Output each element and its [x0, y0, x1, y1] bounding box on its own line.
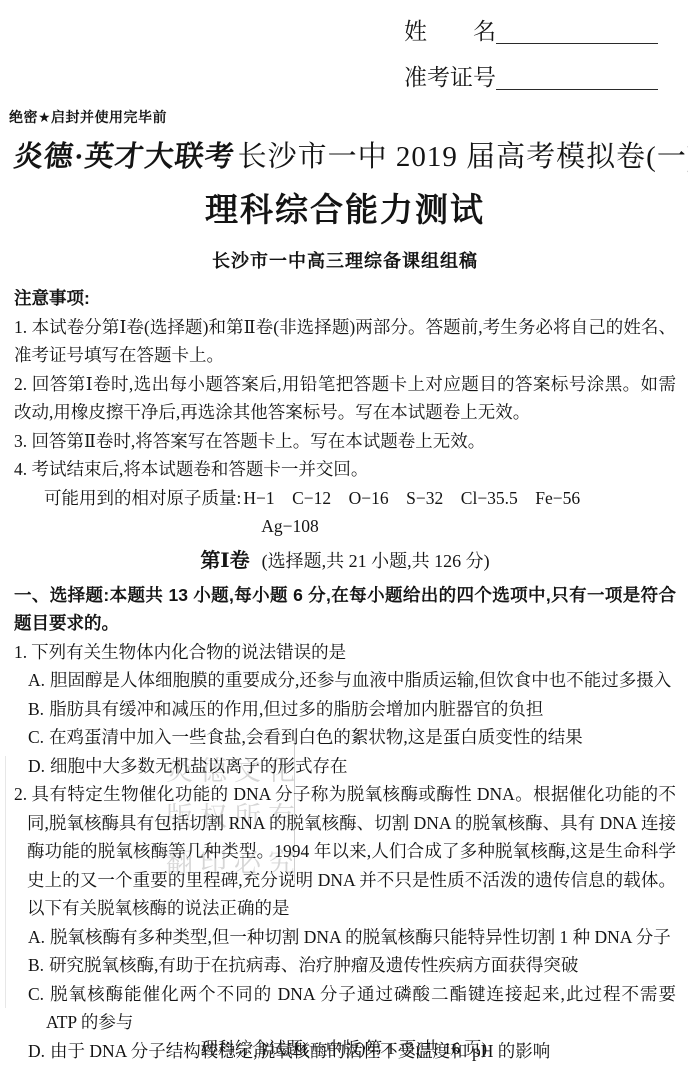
- option-label: C.: [28, 727, 44, 747]
- option-text: 脂肪具有缓冲和减压的作用,但过多的脂肪会增加内脏器官的负担: [49, 699, 543, 719]
- question-1-option-a: A.胆固醇是人体细胞膜的重要成分,还参与血液中脂质运输,但饮食中也不能过多摄入: [14, 666, 676, 695]
- option-label: B.: [28, 955, 44, 975]
- admission-number-blank-line: [496, 58, 658, 90]
- question-1-option-b: B.脂肪具有缓冲和减压的作用,但过多的脂肪会增加内脏器官的负担: [14, 695, 676, 724]
- name-blank-line: [496, 12, 658, 44]
- admission-number-row: 准考证号: [404, 59, 658, 90]
- question-stem-text: 下列有关生物体内化合物的说法错误的是: [31, 642, 346, 662]
- part1-title: 第Ⅰ卷: [200, 550, 249, 572]
- exam-title: 炎德·英才大联考长沙市一中 2019 届高考模拟卷(一): [14, 139, 676, 175]
- notice-item: 1. 本试卷分第Ⅰ卷(选择题)和第Ⅱ卷(非选择题)两部分。答题前,考生务必将自己…: [14, 313, 676, 370]
- name-label: 姓 名: [404, 19, 496, 44]
- option-text: 脱氧核酶能催化两个不同的 DNA 分子通过磷酸二酯键连接起来,此过程不需要 AT…: [46, 984, 676, 1033]
- notices-heading: 注意事项:: [14, 284, 676, 313]
- question-2-stem: 2.具有特定生物催化功能的 DNA 分子称为脱氧核酶或酶性 DNA。根据催化功能…: [14, 780, 676, 923]
- exam-brand: 炎德·英才大联考: [12, 139, 236, 175]
- exam-title-rest: 长沙市一中 2019 届高考模拟卷(一): [238, 141, 688, 173]
- option-text: 研究脱氧核酶,有助于在抗病毒、治疗肿瘤及遗传性疾病方面获得突破: [49, 955, 578, 975]
- name-label-char: 姓: [404, 19, 427, 44]
- exam-paper-page: 炎德文化 版权所有 翻印必究 姓 名 准考证号 绝密★启封并使用完毕前 炎德·英…: [0, 0, 688, 1076]
- option-text: 胆固醇是人体细胞膜的重要成分,还参与血液中脂质运输,但饮食中也不能过多摄入: [50, 670, 671, 690]
- question-2: 2.具有特定生物催化功能的 DNA 分子称为脱氧核酶或酶性 DNA。根据催化功能…: [14, 780, 676, 1065]
- notice-item: 4. 考试结束后,将本试题卷和答题卡一并交回。: [14, 455, 676, 484]
- document-body: 姓 名 准考证号 绝密★启封并使用完毕前 炎德·英才大联考长沙市一中 2019 …: [0, 0, 688, 1065]
- notice-item: 2. 回答第Ⅰ卷时,选出每小题答案后,用铅笔把答题卡上对应题目的答案标号涂黑。如…: [14, 370, 676, 427]
- question-number: 2.: [14, 784, 27, 804]
- question-1-option-c: C.在鸡蛋清中加入一些食盐,会看到白色的絮状物,这是蛋白质变性的结果: [14, 723, 676, 752]
- part1-heading: 第Ⅰ卷(选择题,共 21 小题,共 126 分): [14, 546, 676, 578]
- question-2-option-b: B.研究脱氧核酶,有助于在抗病毒、治疗肿瘤及遗传性疾病方面获得突破: [14, 951, 676, 980]
- option-label: C.: [28, 984, 44, 1004]
- option-text: 在鸡蛋清中加入一些食盐,会看到白色的絮状物,这是蛋白质变性的结果: [49, 727, 583, 747]
- secrecy-notice: 绝密★启封并使用完毕前: [9, 110, 676, 125]
- subject-title: 理科综合能力测试: [14, 191, 676, 229]
- candidate-info-block: 姓 名 准考证号: [14, 0, 676, 105]
- option-label: B.: [28, 699, 44, 719]
- option-label: A.: [28, 670, 45, 690]
- question-stem-text: 具有特定生物催化功能的 DNA 分子称为脱氧核酶或酶性 DNA。根据催化功能的不…: [27, 784, 676, 918]
- notice-item: 3. 回答第Ⅱ卷时,将答案写在答题卡上。写在本试题卷上无效。: [14, 427, 676, 456]
- section1-intro: 一、选择题:本题共 13 小题,每小题 6 分,在每小题给出的四个选项中,只有一…: [14, 581, 676, 638]
- option-text: 细胞中大多数无机盐以离子的形式存在: [50, 756, 348, 776]
- question-2-option-a: A.脱氧核酶有多种类型,但一种切割 DNA 的脱氧核酶只能特异性切割 1 种 D…: [14, 923, 676, 952]
- question-1-stem: 1.下列有关生物体内化合物的说法错误的是: [14, 638, 676, 667]
- name-label-char: 名: [473, 19, 496, 44]
- admission-number-label: 准考证号: [404, 65, 496, 90]
- atomic-masses-values: H−1 C−12 O−16 S−32 Cl−35.5 Fe−56: [243, 488, 580, 508]
- atomic-masses-label: 可能用到的相对原子质量:: [44, 488, 241, 508]
- question-number: 1.: [14, 642, 27, 662]
- page-footer: 理科综合试题(一中版)第 1 页(共 16 页): [0, 1038, 688, 1060]
- option-label: D.: [28, 756, 45, 776]
- question-1: 1.下列有关生物体内化合物的说法错误的是 A.胆固醇是人体细胞膜的重要成分,还参…: [14, 638, 676, 781]
- byline: 长沙市一中高三理综备课组组稿: [14, 251, 676, 271]
- atomic-masses-line: 可能用到的相对原子质量:H−1 C−12 O−16 S−32 Cl−35.5 F…: [14, 484, 676, 513]
- part1-subtitle: (选择题,共 21 小题,共 126 分): [262, 551, 490, 571]
- question-2-option-c: C.脱氧核酶能催化两个不同的 DNA 分子通过磷酸二酯键连接起来,此过程不需要 …: [14, 980, 676, 1037]
- atomic-masses-continued: Ag−108: [14, 512, 676, 541]
- option-text: 脱氧核酶有多种类型,但一种切割 DNA 的脱氧核酶只能特异性切割 1 种 DNA…: [50, 927, 671, 947]
- option-label: A.: [28, 927, 45, 947]
- name-row: 姓 名: [404, 13, 658, 44]
- question-1-option-d: D.细胞中大多数无机盐以离子的形式存在: [14, 752, 676, 781]
